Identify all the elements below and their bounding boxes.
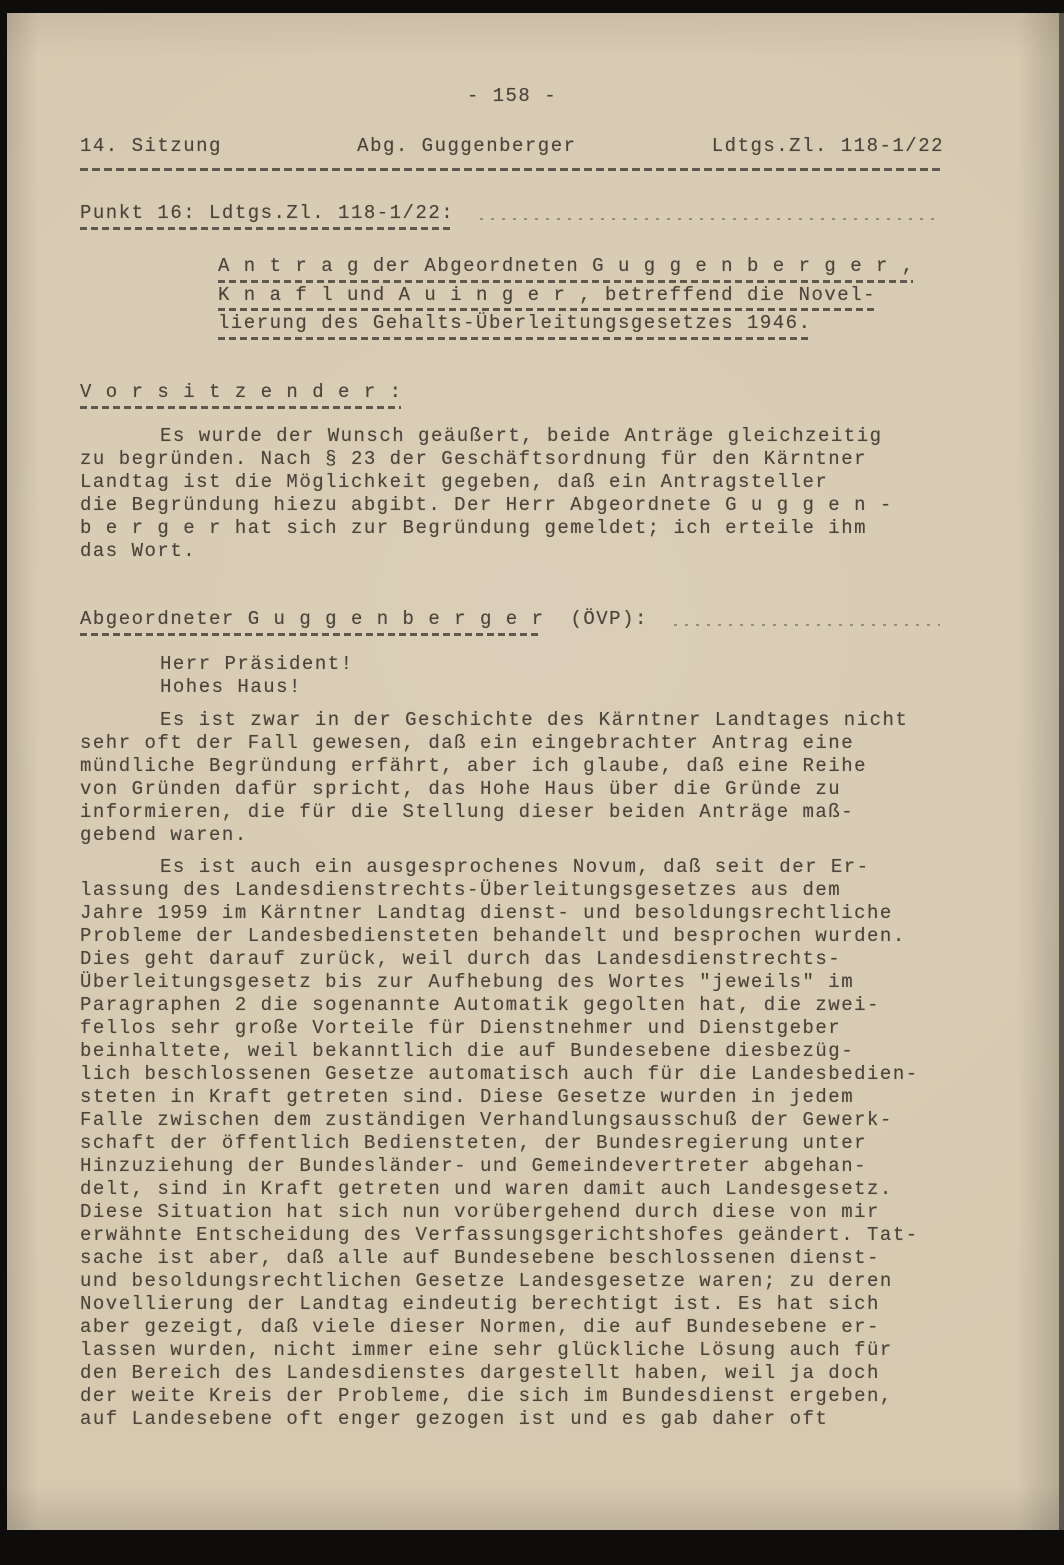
- scanned-page: - 158 - 14. Sitzung Abg. Guggenberger Ld…: [0, 0, 1064, 1565]
- header-speaker-name: Abg. Guggenberger: [357, 135, 576, 158]
- agenda-item-heading: Punkt 16: Ldtgs.Zl. 118-1/22:: [80, 202, 454, 225]
- scan-edge-shadow: [1059, 13, 1064, 1530]
- speaker-party-label: (ÖVP):: [570, 608, 647, 631]
- motion-title-line-3: lierung des Gehalts-Überleitungsgesetzes…: [218, 309, 812, 338]
- motion-title: A n t r a g der Abgeordneten G u g g e n…: [218, 252, 944, 338]
- chairman-speech-paragraph: Es wurde der Wunsch geäußert, beide Antr…: [80, 425, 944, 563]
- running-header: 14. Sitzung Abg. Guggenberger Ldtgs.Zl. …: [80, 135, 944, 158]
- page-content: - 158 - 14. Sitzung Abg. Guggenberger Ld…: [80, 85, 944, 1431]
- speaker-heading-guggenberger-label: Abgeordneter G u g g e n b e r g e r: [80, 608, 544, 631]
- agenda-item-row: Punkt 16: Ldtgs.Zl. 118-1/22:: [80, 202, 944, 225]
- speech-salutation: Herr Präsident! Hohes Haus!: [160, 653, 944, 699]
- document-page: - 158 - 14. Sitzung Abg. Guggenberger Ld…: [7, 13, 1059, 1530]
- speaker-heading-chairman: V o r s i t z e n d e r :: [80, 381, 944, 404]
- header-reference-number: Ldtgs.Zl. 118-1/22: [712, 135, 944, 158]
- header-divider-line: [80, 168, 944, 171]
- motion-title-line-2: K n a f l und A u i n g e r , betreffend…: [218, 281, 876, 310]
- scan-artifact-dotted-line: [674, 624, 940, 626]
- speech-paragraph-1: Es ist zwar in der Geschichte des Kärntn…: [80, 709, 944, 847]
- scan-artifact-dotted-line: [480, 218, 940, 220]
- speech-paragraph-2: Es ist auch ein ausgesprochenes Novum, d…: [80, 856, 944, 1431]
- motion-title-line-1: A n t r a g der Abgeordneten G u g g e n…: [218, 252, 915, 281]
- speaker-heading-chairman-label: V o r s i t z e n d e r :: [80, 381, 403, 404]
- page-number: - 158 -: [80, 85, 944, 108]
- header-session: 14. Sitzung: [80, 135, 222, 158]
- speaker-heading-guggenberger: Abgeordneter G u g g e n b e r g e r (ÖV…: [80, 608, 944, 631]
